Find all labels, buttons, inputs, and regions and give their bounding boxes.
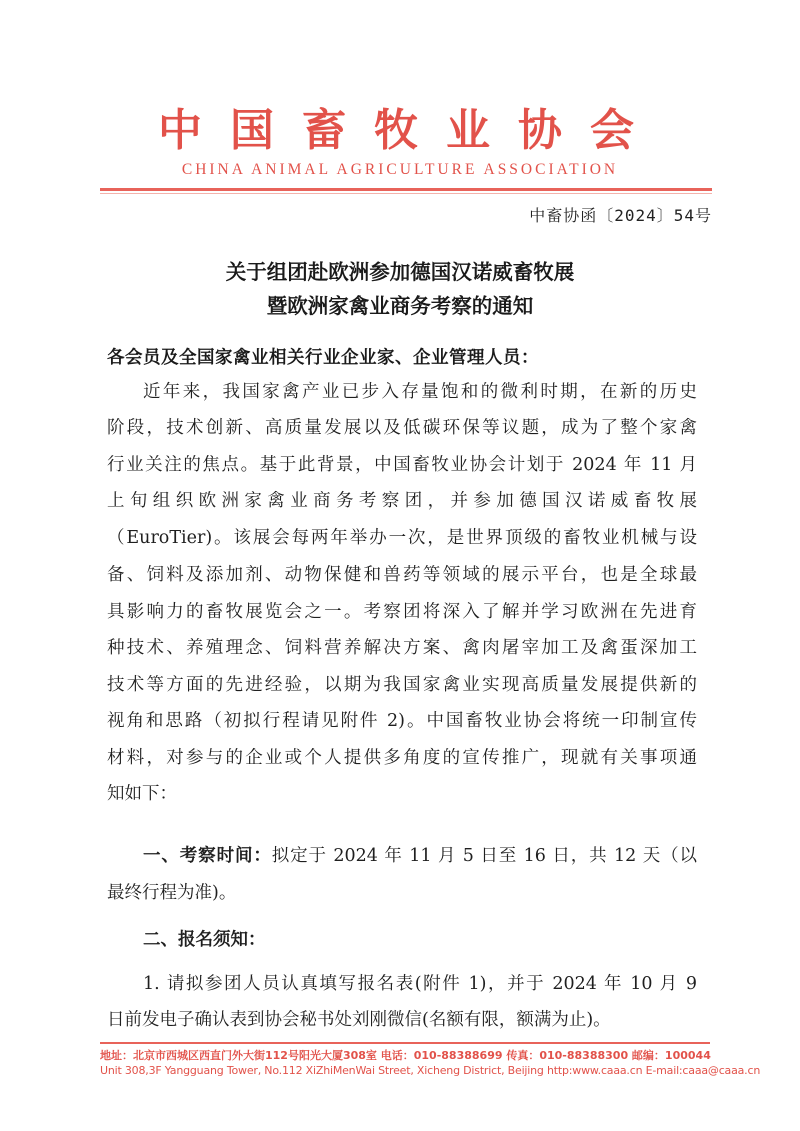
document-number: 中畜协函〔2024〕54号 <box>529 203 712 226</box>
body-line: 具影响力的畜牧展览会之一。考察团将深入了解并学习欧洲在先进育 <box>107 598 697 626</box>
section-2-heading: 二、报名须知： <box>143 926 697 954</box>
section-1-heading: 一、考察时间： <box>143 846 272 866</box>
body-line: （EuroTier)。该展会每两年举办一次，是世界顶级的畜牧业机械与设 <box>107 524 697 552</box>
body-line: 上旬组织欧洲家禽业商务考察团，并参加德国汉诺威畜牧展 <box>107 487 697 515</box>
footer-address-en: Unit 308,3F Yangguang Tower, No.112 XiZh… <box>100 1063 698 1078</box>
header-rule <box>100 188 712 191</box>
body-line: 备、饲料及添加剂、动物保健和兽药等领域的展示平台，也是全球最 <box>107 561 697 589</box>
body-line: 技术等方面的先进经验，以期为我国家禽业实现高质量发展提供新的 <box>107 671 697 699</box>
body-line: 材料，对参与的企业或个人提供多角度的宣传推广，现就有关事项通 <box>107 744 697 772</box>
body-line: 视角和思路（初拟行程请见附件 2)。中国畜牧业协会将统一印制宣传 <box>107 707 697 735</box>
letterhead-name-en: CHINA ANIMAL AGRICULTURE ASSOCIATION <box>0 160 800 180</box>
section-1-line-2: 最终行程为准)。 <box>107 879 697 907</box>
footer-address-cn: 地址：北京市西城区西直门外大街112号阳光大厦308室 电话：010-88388… <box>100 1048 698 1063</box>
section-1-text: 拟定于 2024 年 11 月 5 日至 16 日，共 12 天（以 <box>272 846 697 866</box>
body-line: 种技术、养殖理念、饲料营养解决方案、禽肉屠宰加工及禽蛋深加工 <box>107 634 697 662</box>
section-2-item-1-line-1: 1. 请拟参团人员认真填写报名表(附件 1)，并于 2024 年 10 月 9 <box>143 970 697 998</box>
body-line: 知如下： <box>107 780 697 808</box>
letterhead-name-cn: 中国畜牧业协会 <box>0 103 800 159</box>
body-line: 阶段，技术创新、高质量发展以及低碳环保等议题，成为了整个家禽 <box>107 414 697 442</box>
body-line: 近年来，我国家禽产业已步入存量饱和的微利时期，在新的历史 <box>143 378 697 406</box>
section-2-item-1-line-2: 日前发电子确认表到协会秘书处刘刚微信(名额有限，额满为止)。 <box>107 1006 697 1034</box>
salutation: 各会员及全国家禽业相关行业企业家、企业管理人员： <box>107 344 539 369</box>
body-line: 行业关注的焦点。基于此背景，中国畜牧业协会计划于 2024 年 11 月 <box>107 451 697 479</box>
document-title-line-2: 暨欧洲家禽业商务考察的通知 <box>0 289 800 323</box>
footer-rule <box>100 1042 710 1044</box>
document-title-line-1: 关于组团赴欧洲参加德国汉诺威畜牧展 <box>0 255 800 289</box>
section-1-line-1: 一、考察时间：拟定于 2024 年 11 月 5 日至 16 日，共 12 天（… <box>143 842 697 870</box>
header-rule-thin <box>100 193 712 194</box>
